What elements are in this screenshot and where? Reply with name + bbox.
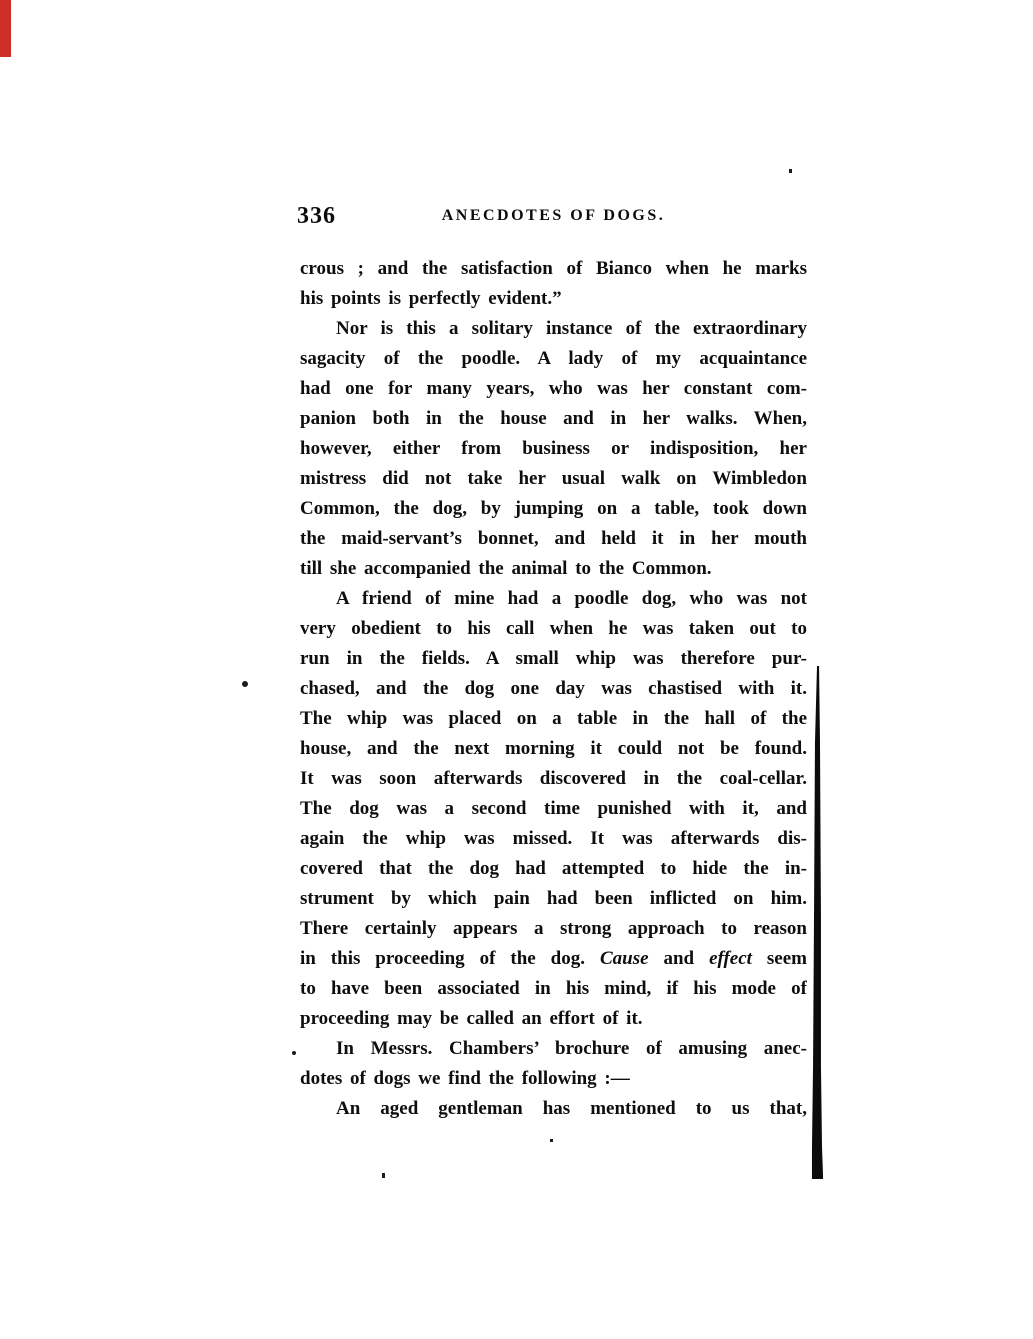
text-line: A friend of mine had a poodle dog, who w… — [300, 584, 807, 614]
text-line: Nor is this a solitary instance of the e… — [300, 314, 807, 344]
running-head: ANECDOTES OF DOGS. — [300, 207, 807, 225]
scan-speck — [550, 1139, 553, 1142]
text-line: In Messrs. Chambers’ brochure of amusing… — [300, 1034, 807, 1064]
text-line: There certainly appears a strong approac… — [300, 914, 807, 944]
text-line: The whip was placed on a table in the ha… — [300, 704, 807, 734]
text-line: again the whip was missed. It was afterw… — [300, 824, 807, 854]
text-line: It was soon afterwards discovered in the… — [300, 764, 807, 794]
text-line: panion both in the house and in her walk… — [300, 404, 807, 434]
text-line: strument by which pain had been inflicte… — [300, 884, 807, 914]
text-run: in this proceeding of the dog. — [300, 948, 600, 969]
text-line: mistress did not take her usual walk on … — [300, 464, 807, 494]
italic-word: Cause — [600, 948, 649, 969]
scan-speck — [242, 681, 248, 687]
text-run: and — [649, 948, 710, 969]
text-line: chased, and the dog one day was chastise… — [300, 674, 807, 704]
book-page-scan: 336 ANECDOTES OF DOGS. crous ; and the s… — [0, 0, 1033, 1339]
text-line: dotes of dogs we find the following :— — [300, 1064, 807, 1094]
text-line: till she accompanied the animal to the C… — [300, 554, 807, 584]
italic-word: effect — [709, 948, 752, 969]
text-line: run in the fields. A small whip was ther… — [300, 644, 807, 674]
text-line: An aged gentleman has mentioned to us th… — [300, 1094, 807, 1124]
text-line: his points is perfectly evident.” — [300, 284, 807, 314]
text-line-with-italics: in this proceeding of the dog. Cause and… — [300, 944, 807, 974]
text-line: covered that the dog had attempted to hi… — [300, 854, 807, 884]
text-line: Common, the dog, by jumping on a table, … — [300, 494, 807, 524]
text-line: to have been associated in his mind, if … — [300, 974, 807, 1004]
text-line: proceeding may be called an effort of it… — [300, 1004, 807, 1034]
body-text: crous ; and the satisfaction of Bianco w… — [300, 254, 807, 1124]
scan-speck — [789, 169, 792, 173]
scan-edge-bar-artifact — [811, 666, 823, 1179]
text-run: seem — [752, 948, 807, 969]
text-line: very obedient to his call when he was ta… — [300, 614, 807, 644]
text-line: had one for many years, who was her cons… — [300, 374, 807, 404]
text-line: the maid-servant’s bonnet, and held it i… — [300, 524, 807, 554]
text-line: crous ; and the satisfaction of Bianco w… — [300, 254, 807, 284]
scan-speck — [292, 1051, 296, 1055]
text-line: The dog was a second time punished with … — [300, 794, 807, 824]
red-edge-artifact — [0, 0, 11, 57]
scan-speck — [382, 1173, 385, 1178]
text-line: house, and the next morning it could not… — [300, 734, 807, 764]
text-line: however, either from business or indispo… — [300, 434, 807, 464]
text-line: sagacity of the poodle. A lady of my acq… — [300, 344, 807, 374]
